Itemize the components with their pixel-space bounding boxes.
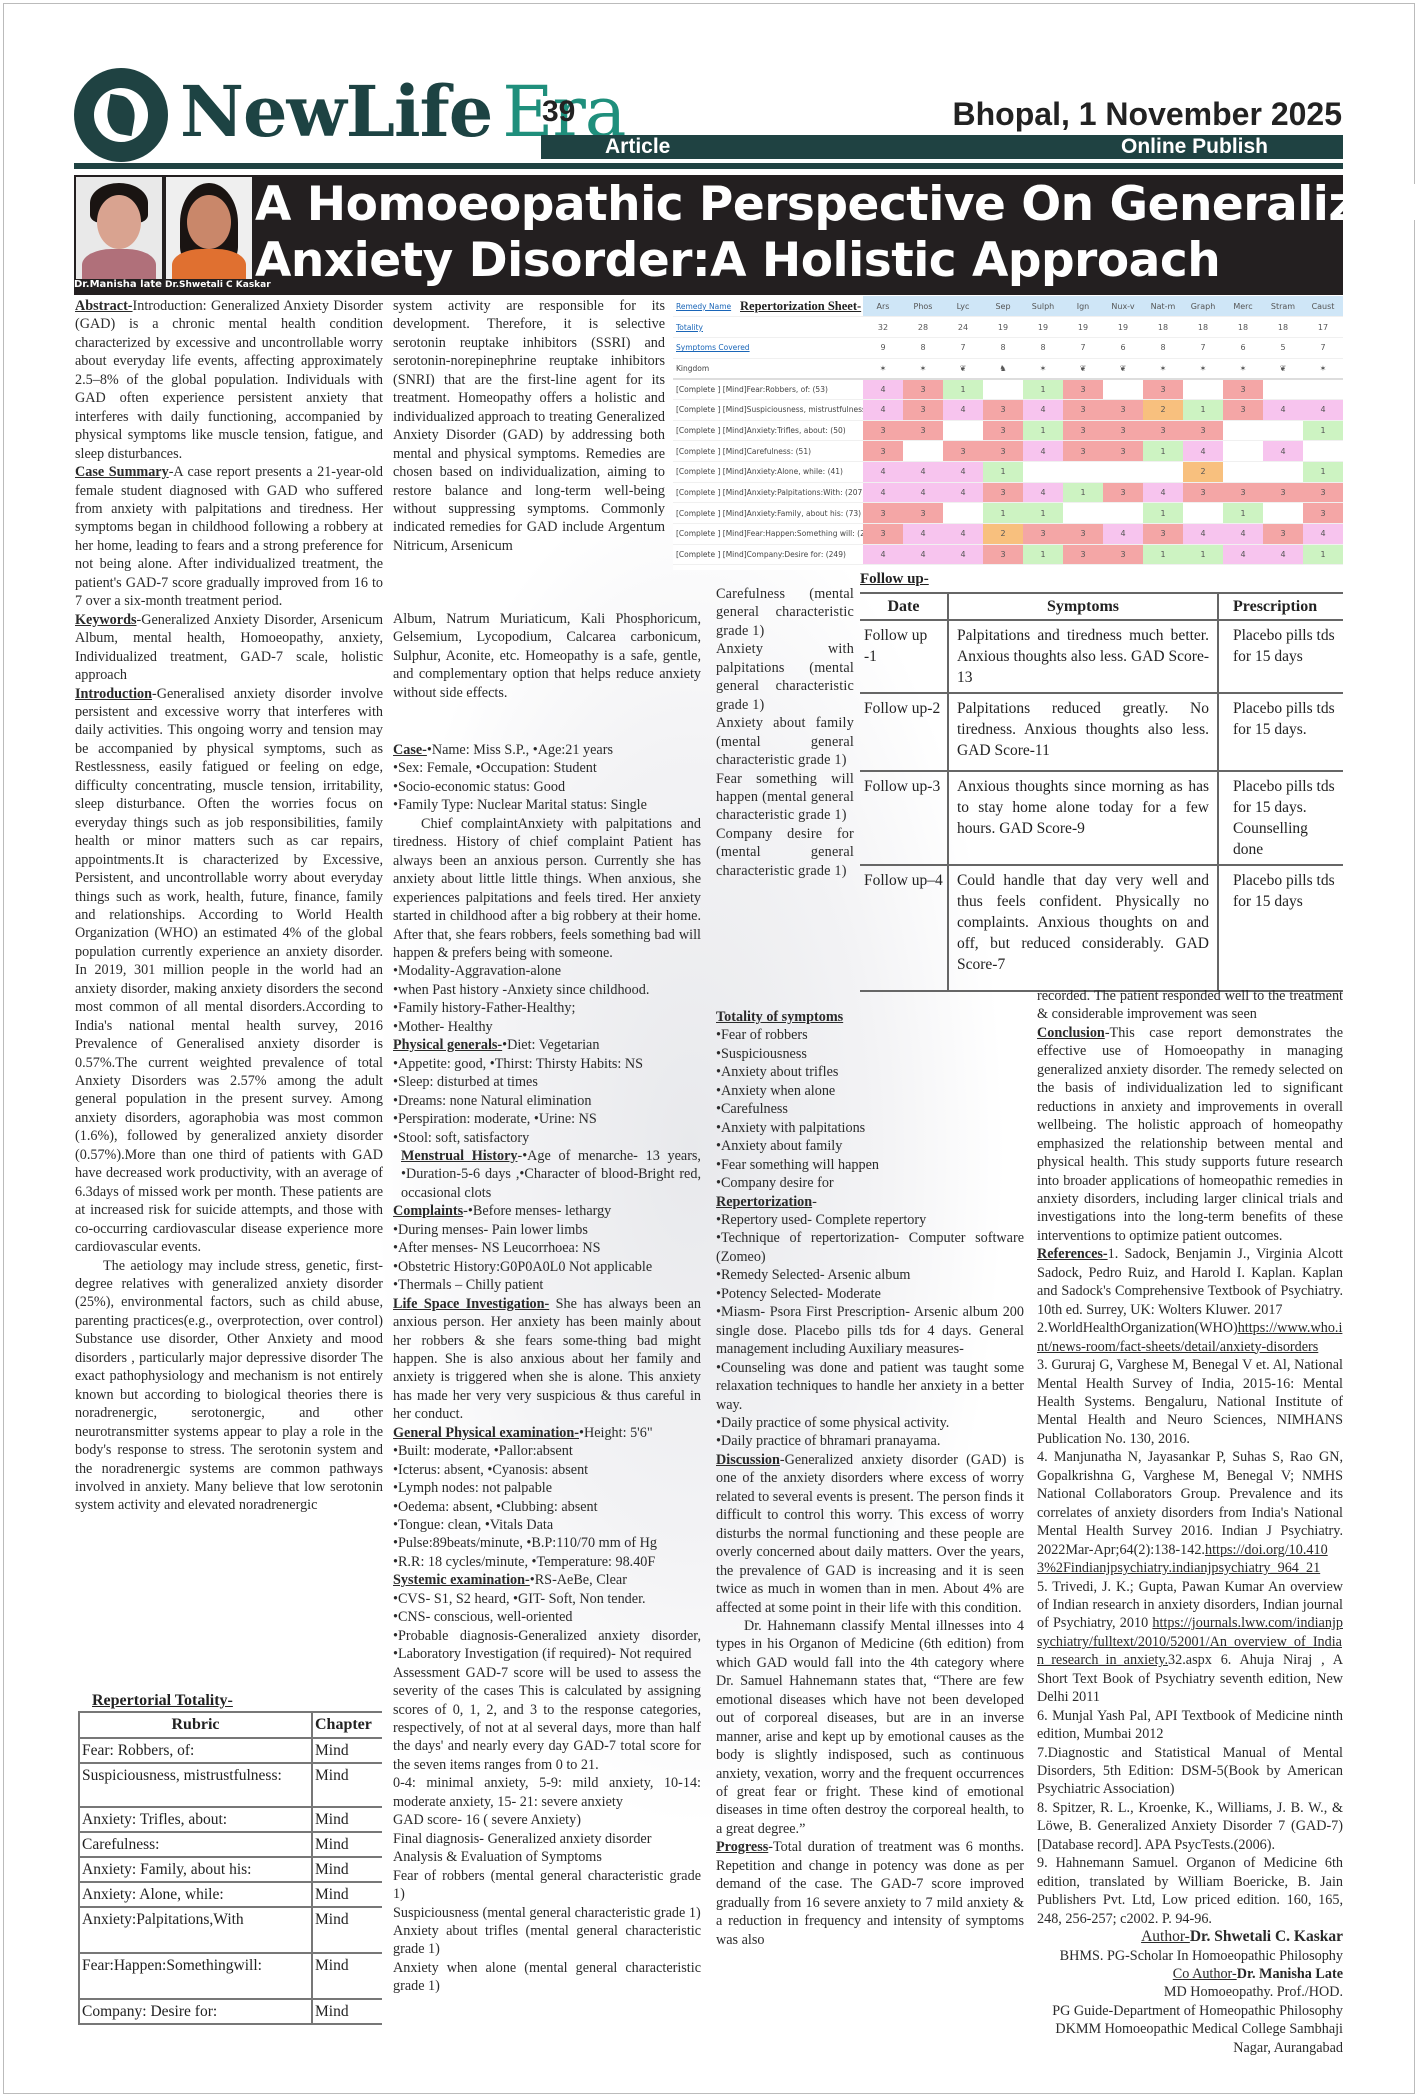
grade-cell: 4 (1263, 399, 1303, 420)
grade-cell: 4 (903, 482, 943, 503)
coauthor-desc: MD Homoeopathy. Prof./HOD. (1037, 1983, 1343, 2001)
systemic-line: •CNS- conscious, well-oriented (393, 1608, 701, 1626)
repertorization-item: •Technique of repertorization- Computer … (716, 1229, 1024, 1266)
chapter-cell: Mind (312, 1953, 382, 1999)
covered-value: 8 (983, 337, 1023, 358)
grade-cell: 3 (863, 420, 903, 441)
table-row: Carefulness:Mind (79, 1832, 382, 1857)
author-desc: BHMS. PG-Scholar In Homoeopathic Philoso… (1037, 1947, 1343, 1965)
physical-line: •Diet: Vegetarian (502, 1037, 599, 1053)
totality-value: 28 (903, 317, 943, 338)
symptoms-cell: Anxious thoughts since morning as has to… (948, 771, 1218, 865)
remedy-header: Nux-v (1103, 296, 1143, 317)
title-line-2: Anxiety Disorder:A Holistic Approach (255, 233, 1418, 289)
physical-line: •Appetite: good, •Thirst: Thirsty Habits… (393, 1055, 701, 1073)
rubric-row: [Complete ] [Mind]Anxiety:Family, about … (673, 503, 1343, 524)
totality-item: •Anxiety about family (716, 1137, 1024, 1155)
grade-cell: 3 (1143, 379, 1183, 400)
gad-score: GAD score- 16 ( severe Anxiety) (393, 1811, 701, 1829)
assessment-text: Assessment GAD-7 score will be used to a… (393, 1664, 701, 1775)
chapter-cell: Mind (312, 1738, 382, 1763)
grade-cell (903, 441, 943, 462)
covered-value: 7 (1183, 337, 1223, 358)
covered-value: 8 (1023, 337, 1063, 358)
complaints-line: •Obstetric History:G0P0A0L0 Not applicab… (393, 1258, 701, 1276)
table-row: Follow up-2 Palpitations reduced greatly… (860, 693, 1343, 771)
table-row: Follow up–4 Could handle that day very w… (860, 865, 1343, 991)
symptoms-cell: Palpitations reduced greatly. No tiredne… (948, 693, 1218, 771)
remedy-header: Sulph (1023, 296, 1063, 317)
remedy-name-link[interactable]: Remedy Name (676, 302, 731, 311)
grade-cell: 3 (863, 441, 903, 462)
grade-cell (1183, 503, 1223, 524)
follow-up-title: Follow up- (860, 571, 929, 588)
grade-cell: 2 (983, 524, 1023, 545)
grade-cell: 3 (1303, 503, 1343, 524)
probable-diagnosis: •Probable diagnosis-Generalized anxiety … (393, 1627, 701, 1664)
grade-cell: 1 (1023, 503, 1063, 524)
date-cell: Follow up-2 (860, 693, 948, 771)
grade-cell: 3 (1063, 399, 1103, 420)
date-header: Date (860, 593, 948, 620)
totality-item: •Anxiety about trifles (716, 1063, 1024, 1081)
rubric-header: Rubric (79, 1712, 312, 1738)
totality-item: •Fear something will happen (716, 1156, 1024, 1174)
rubric-cell: Anxiety: Alone, while: (79, 1882, 312, 1907)
grade-cell: 4 (943, 399, 983, 420)
prescription-header: Prescription (1218, 593, 1343, 620)
rubric-row: [Complete ] [Mind]Anxiety:Palpitations:W… (673, 482, 1343, 503)
reference-6: 6. Munjal Yash Pal, API Textbook of Medi… (1037, 1707, 1343, 1744)
grade-cell (1183, 379, 1223, 400)
repertorization-item: •Miasm- Psora First Prescription- Arseni… (716, 1303, 1024, 1358)
final-diagnosis: Final diagnosis- Generalized anxiety dis… (393, 1830, 701, 1848)
rubric-label: [Complete ] [Mind]Anxiety:Trifles, about… (673, 420, 863, 441)
gpe-line: •Icterus: absent, •Cyanosis: absent (393, 1461, 701, 1479)
grade-cell (1103, 462, 1143, 483)
case-line: •Name: Miss S.P., •Age:21 years (427, 742, 613, 758)
article-title: A Homoeopathic Perspective On Generalize… (255, 177, 1418, 289)
column-2: Case-•Name: Miss S.P., •Age:21 years •Se… (393, 741, 701, 1996)
prescription-cell: Placebo pills tds for 15 days. Counselli… (1218, 771, 1343, 865)
totality-item: •Anxiety with palpitations (716, 1119, 1024, 1137)
repertorization-item: •Daily practice of bhramari pranayama. (716, 1432, 1024, 1450)
rubric-row: [Complete ] [Mind]Anxiety:Alone, while: … (673, 462, 1343, 483)
reference-8: 8. Spitzer, R. L., Kroenke, K., Williams… (1037, 1799, 1343, 1854)
grade-cell: 1 (1183, 544, 1223, 565)
grade-cell: 4 (863, 482, 903, 503)
repertorization-item: •Repertory used- Complete repertory (716, 1211, 1024, 1229)
table-row: Follow up-3 Anxious thoughts since morni… (860, 771, 1343, 865)
covered-value: 7 (1303, 337, 1343, 358)
grade-cell: 4 (943, 482, 983, 503)
reference-2: 2.WorldHealthOrganization(WHO) (1037, 1320, 1238, 1336)
gpe-line: •R.R: 18 cycles/minute, •Temperature: 98… (393, 1553, 701, 1571)
repertorial-totality-table: RubricChapter Fear: Robbers, of:Mind Sus… (78, 1711, 382, 2025)
grade-cell (943, 503, 983, 524)
rubric-cell: Company: Desire for: (79, 1999, 312, 2024)
rubric-row: [Complete ] [Mind]Suspiciousness, mistru… (673, 399, 1343, 420)
rubric-cell: Fear:Happen:Somethingwill: (79, 1953, 312, 1999)
rubric-cell: Anxiety:Palpitations,With (79, 1907, 312, 1953)
history-line: •Mother- Healthy (393, 1018, 701, 1036)
grade-cell (943, 420, 983, 441)
remedy-header: Ars (863, 296, 903, 317)
totality-value: 18 (1183, 317, 1223, 338)
repertorization-item: •Remedy Selected- Arsenic album (716, 1266, 1024, 1284)
grade-cell: 3 (983, 399, 1023, 420)
author-photo-manisha (76, 177, 162, 279)
grade-cell: 1 (1063, 482, 1103, 503)
remedy-header: Stram (1263, 296, 1303, 317)
coauthor-desc: Nagar, Aurangabad (1037, 2039, 1343, 2057)
physical-line: •Perspiration: moderate, •Urine: NS (393, 1110, 701, 1128)
grade-cell: 1 (1303, 420, 1343, 441)
hahnemann-text: Dr. Hahnemann classify Mental illnesses … (716, 1617, 1024, 1838)
prescription-cell: Placebo pills tds for 15 days (1218, 865, 1343, 991)
remedy-header: Phos (903, 296, 943, 317)
systemic-heading: Systemic examination- (393, 1572, 530, 1588)
totality-link[interactable]: Totality (676, 323, 703, 332)
coauthor-name: Dr. Manisha Late (1237, 1966, 1343, 1982)
grade-cell (1263, 420, 1303, 441)
chapter-cell: Mind (312, 1999, 382, 2024)
grade-cell: 3 (903, 503, 943, 524)
gad-ranges: 0-4: minimal anxiety, 5-9: mild anxiety,… (393, 1774, 701, 1811)
totality-value: 19 (1103, 317, 1143, 338)
grade-cell: 3 (1063, 379, 1103, 400)
grade-cell: 1 (1023, 420, 1063, 441)
covered-value: 8 (1143, 337, 1183, 358)
physical-line: •Stool: soft, satisfactory (393, 1129, 701, 1147)
rubric-cell: Fear: Robbers, of: (79, 1738, 312, 1763)
grade-cell (1223, 462, 1263, 483)
rubric-label: [Complete ] [Mind]Fear:Robbers, of: (53) (673, 379, 863, 400)
history-line: •Family history-Father-Healthy; (393, 999, 701, 1017)
symptoms-covered-row: Symptoms Covered 9 8 7 8 8 7 6 8 7 6 5 7 (673, 337, 1343, 358)
coauthor-desc: DKMM Homoeopathic Medical College Sambha… (1037, 2020, 1343, 2038)
grade-cell: 4 (1183, 524, 1223, 545)
author-label: Author- (1141, 1928, 1190, 1945)
grade-cell: 3 (1143, 420, 1183, 441)
covered-value: 9 (863, 337, 903, 358)
analysis-line: Company desire for (mental general chara… (716, 825, 854, 880)
grade-cell: 3 (983, 441, 1023, 462)
prescription-cell: Placebo pills tds for 15 days (1218, 620, 1343, 693)
covered-value: 5 (1263, 337, 1303, 358)
rubric-row: [Complete ] [Mind]Company:Desire for: (2… (673, 544, 1343, 565)
repertorization-item: •Daily practice of some physical activit… (716, 1414, 1024, 1432)
table-row: Suspiciousness, mistrustfulness:Mind (79, 1763, 382, 1807)
column-1: Abstract-Introduction: Generalized Anxie… (75, 297, 383, 1515)
author-name: Dr. Shwetali C. Kaskar (1190, 1928, 1343, 1945)
rubric-cell: Anxiety: Trifles, about: (79, 1807, 312, 1832)
case-summary-text: -A case report presents a 21-year-old fe… (75, 464, 383, 609)
gpe-line: •Pulse:89beats/minute, •B.P:110/70 mm of… (393, 1534, 701, 1552)
totality-value: 19 (1023, 317, 1063, 338)
grade-cell: 1 (1303, 462, 1343, 483)
gpe-line: •Lymph nodes: not palpable (393, 1479, 701, 1497)
grade-cell: 3 (1063, 544, 1103, 565)
case-heading: Case- (393, 742, 427, 758)
history-line: •when Past history -Anxiety since childh… (393, 981, 701, 999)
analysis-heading: Analysis & Evaluation of Symptoms (393, 1848, 701, 1866)
grade-cell: 1 (943, 379, 983, 400)
section-label: Article (605, 135, 670, 159)
remedy-header: Ign (1063, 296, 1103, 317)
grade-cell: 4 (943, 462, 983, 483)
grade-cell: 4 (863, 462, 903, 483)
grade-cell (1103, 503, 1143, 524)
covered-value: 6 (1103, 337, 1143, 358)
physical-line: •Sleep: disturbed at times (393, 1073, 701, 1091)
rubric-label: [Complete ] [Mind]Company:Desire for: (2… (673, 544, 863, 565)
table-row: Anxiety:Palpitations,WithMind (79, 1907, 382, 1953)
chapter-cell: Mind (312, 1763, 382, 1807)
grade-cell: 4 (1143, 482, 1183, 503)
remedy-header: Caust (1303, 296, 1343, 317)
treatment-text: system activity are responsible for its … (393, 297, 665, 555)
systemic-line: •CVS- S1, S2 heard, •GIT- Soft, Non tend… (393, 1590, 701, 1608)
complaints-line: •During menses- Pain lower limbs (393, 1221, 701, 1239)
grade-cell: 3 (943, 441, 983, 462)
conclusion-heading: Conclusion (1037, 1025, 1105, 1041)
grade-cell: 4 (903, 462, 943, 483)
grade-cell: 4 (863, 544, 903, 565)
grade-cell: 4 (1223, 544, 1263, 565)
abstract-heading: Abstract- (75, 298, 133, 314)
analysis-line: Fear of robbers (mental general characte… (393, 1867, 701, 1904)
repertorization-item: •Counseling was done and patient was tau… (716, 1359, 1024, 1414)
analysis-line: Suspiciousness (mental general character… (393, 1904, 701, 1922)
prescription-cell: Placebo pills tds for 15 days. (1218, 693, 1343, 771)
grade-cell: 3 (1063, 420, 1103, 441)
animal-kingdom-icon: ♞ (983, 358, 1023, 379)
case-line: •Sex: Female, •Occupation: Student (393, 759, 701, 777)
repertorial-totality-title: Repertorial Totality- (92, 1692, 233, 1710)
life-space-text: She has always been an anxious person. H… (393, 1296, 701, 1423)
date-cell: Follow up -1 (860, 620, 948, 693)
table-row: Anxiety: Trifles, about:Mind (79, 1807, 382, 1832)
totality-row: Totality 32 28 24 19 19 19 19 18 18 18 1… (673, 317, 1343, 338)
grade-cell: 4 (1023, 482, 1063, 503)
date-cell: Follow up–4 (860, 865, 948, 991)
chapter-cell: Mind (312, 1907, 382, 1953)
remedy-header: Graph (1183, 296, 1223, 317)
rubric-label: [Complete ] [Mind]Anxiety:Family, about … (673, 503, 863, 524)
section-band: Article Online Publish (541, 135, 1343, 159)
mineral-kingdom-icon: ✶ (1223, 358, 1263, 379)
totality-value: 17 (1303, 317, 1343, 338)
grade-cell: 4 (903, 544, 943, 565)
covered-value: 8 (903, 337, 943, 358)
grade-cell: 4 (943, 544, 983, 565)
complaints-line: •After menses- NS Leucorrhoea: NS (393, 1239, 701, 1257)
plant-kingdom-icon: ❦ (943, 358, 983, 379)
grade-cell (1303, 379, 1343, 400)
plant-kingdom-icon: ❦ (1103, 358, 1143, 379)
coauthor-desc: PG Guide-Department of Homeopathic Philo… (1037, 2002, 1343, 2020)
plant-kingdom-icon: ❦ (1263, 358, 1303, 379)
grade-cell: 4 (1263, 544, 1303, 565)
grade-cell: 3 (1103, 482, 1143, 503)
reference-7: 7.Diagnostic and Statistical Manual of M… (1037, 1744, 1343, 1799)
grade-cell (1263, 462, 1303, 483)
grade-cell: 3 (1223, 482, 1263, 503)
column-2-remedies: Album, Natrum Muriaticum, Kali Phosphori… (393, 610, 701, 702)
date-cell: Follow up-3 (860, 771, 948, 865)
analysis-line: Carefulness (mental general characterist… (716, 585, 854, 640)
covered-value: 7 (1063, 337, 1103, 358)
grade-cell (1063, 503, 1103, 524)
grade-cell: 4 (943, 524, 983, 545)
rubric-label: [Complete ] [Mind]Suspiciousness, mistru… (673, 399, 863, 420)
covered-value: 7 (943, 337, 983, 358)
symptoms-header: Symptoms (948, 593, 1218, 620)
grade-cell: 3 (1263, 482, 1303, 503)
case-summary-heading: Case Summary (75, 464, 169, 480)
rubric-row: [Complete ] [Mind]Carefulness: (51)33343… (673, 441, 1343, 462)
analysis-line: Anxiety with palpitations (mental genera… (716, 640, 854, 714)
table-row: Anxiety: Alone, while:Mind (79, 1882, 382, 1907)
references-heading: References- (1037, 1246, 1108, 1262)
mineral-kingdom-icon: ✶ (1183, 358, 1223, 379)
grade-cell: 3 (1143, 524, 1183, 545)
keywords-heading: Keywords (75, 612, 136, 628)
grade-cell: 3 (1023, 524, 1063, 545)
grade-cell: 1 (1303, 544, 1343, 565)
grade-cell: 3 (983, 482, 1023, 503)
coauthor-label: Co Author- (1173, 1966, 1237, 1982)
table-row: Fear:Happen:Somethingwill:Mind (79, 1953, 382, 1999)
totality-heading: Totality of symptoms (716, 1008, 1024, 1026)
title-line-1: A Homoeopathic Perspective On Generalize… (255, 177, 1418, 233)
totality-item: •Company desire for (716, 1174, 1024, 1192)
grade-cell (1303, 441, 1343, 462)
mineral-kingdom-icon: ✶ (1143, 358, 1183, 379)
grade-cell: 3 (1103, 399, 1143, 420)
mineral-kingdom-icon: ✶ (1303, 358, 1343, 379)
photo-caption-1: Dr.Manisha late (74, 279, 162, 290)
rubric-label: [Complete ] [Mind]Carefulness: (51) (673, 441, 863, 462)
totality-value: 24 (943, 317, 983, 338)
rubric-row: [Complete ] [Mind]Anxiety:Trifles, about… (673, 420, 1343, 441)
grade-cell: 3 (903, 420, 943, 441)
grade-cell: 3 (1063, 524, 1103, 545)
page-number: 39 (542, 95, 575, 129)
gpe-line: •Tongue: clean, •Vitals Data (393, 1516, 701, 1534)
table-row: Follow up -1 Palpitations and tiredness … (860, 620, 1343, 693)
complaints-line: -•Before menses- lethargy (463, 1203, 611, 1219)
grade-cell: 3 (903, 379, 943, 400)
progress-heading: Progress (716, 1839, 768, 1855)
rubric-label: [Complete ] [Mind]Anxiety:Palpitations:W… (673, 482, 863, 503)
repertorization-sheet: Repertorization Sheet- Remedy Name Ars P… (673, 296, 1343, 570)
column-2-top: system activity are responsible for its … (393, 297, 665, 555)
gpe-line: •Built: moderate, •Pallor:absent (393, 1442, 701, 1460)
grade-cell: 3 (1223, 399, 1263, 420)
totality-value: 18 (1263, 317, 1303, 338)
grade-cell: 4 (863, 379, 903, 400)
dateline: Bhopal, 1 November 2025 (953, 96, 1342, 133)
gpe-line: •Oedema: absent, •Clubbing: absent (393, 1498, 701, 1516)
grade-cell: 4 (1223, 524, 1263, 545)
grade-cell: 3 (863, 524, 903, 545)
reference-9: 9. Hahnemann Samuel. Organon of Medicine… (1037, 1854, 1343, 1928)
grade-cell: 1 (1023, 379, 1063, 400)
complaints-line: •Thermals – Chilly patient (393, 1276, 701, 1294)
grade-cell: 4 (1183, 441, 1223, 462)
gpe-heading: General Physical examination- (393, 1425, 579, 1441)
history-line: •Modality-Aggravation-alone (393, 962, 701, 980)
plant-kingdom-icon: ❦ (1063, 358, 1103, 379)
physical-line: •Dreams: none Natural elimination (393, 1092, 701, 1110)
chapter-cell: Mind (312, 1882, 382, 1907)
grade-cell (1023, 462, 1063, 483)
grade-cell (1063, 462, 1103, 483)
grade-cell: 1 (1143, 544, 1183, 565)
newspaper-page: NewLifeEra 39 Bhopal, 1 November 2025 Ar… (0, 0, 1418, 2097)
grade-cell: 4 (1023, 399, 1063, 420)
physical-generals-heading: Physical generals- (393, 1037, 502, 1053)
menstrual-heading: Menstrual History (401, 1148, 517, 1164)
grade-cell (983, 379, 1023, 400)
column-3: Totality of symptoms •Fear of robbers •S… (716, 1008, 1024, 1949)
rubric-cell: Carefulness: (79, 1832, 312, 1857)
newlife-logo-icon (74, 68, 168, 162)
introduction-text: -Generalised anxiety disorder involve pe… (75, 686, 383, 1256)
follow-up-table: Date Symptoms Prescription Follow up -1 … (860, 592, 1343, 992)
column-3-top: Carefulness (mental general characterist… (716, 585, 854, 880)
grade-cell: 4 (1263, 441, 1303, 462)
rubric-cell: Anxiety: Family, about his: (79, 1857, 312, 1882)
grade-cell: 4 (863, 399, 903, 420)
mineral-kingdom-icon: ✶ (903, 358, 943, 379)
grade-cell: 1 (1143, 503, 1183, 524)
covered-value: 6 (1223, 337, 1263, 358)
totality-item: •Carefulness (716, 1100, 1024, 1118)
grade-cell: 3 (1103, 420, 1143, 441)
grade-cell: 3 (983, 544, 1023, 565)
recorded-text: recorded. The patient responded well to … (1037, 987, 1343, 1024)
totality-value: 18 (1143, 317, 1183, 338)
totality-value: 19 (983, 317, 1023, 338)
case-line: •Socio-economic status: Good (393, 778, 701, 796)
life-space-heading: Life Space Investigation- (393, 1296, 549, 1312)
grade-cell: 3 (1183, 420, 1223, 441)
reference-3: 3. Gururaj G, Varghese M, Benegal V et. … (1037, 1356, 1343, 1448)
grade-cell: 3 (863, 503, 903, 524)
symptoms-cell: Palpitations and tiredness much better. … (948, 620, 1218, 693)
mineral-kingdom-icon: ✶ (1023, 358, 1063, 379)
repertorization-item: •Potency Selected- Moderate (716, 1285, 1024, 1303)
introduction-heading: Introduction (75, 686, 152, 702)
author-photo-shwetali (166, 177, 252, 279)
remedies-text: Album, Natrum Muriaticum, Kali Phosphori… (393, 610, 701, 702)
grade-cell: 3 (983, 420, 1023, 441)
grade-cell: 3 (1103, 441, 1143, 462)
totality-value: 18 (1223, 317, 1263, 338)
rubric-label: [Complete ] [Mind]Anxiety:Alone, while: … (673, 462, 863, 483)
table-row: Anxiety: Family, about his:Mind (79, 1857, 382, 1882)
grade-cell: 2 (1143, 399, 1183, 420)
symptoms-covered-link[interactable]: Symptoms Covered (676, 343, 750, 352)
grade-cell: 1 (1223, 503, 1263, 524)
grade-cell: 3 (1263, 524, 1303, 545)
grade-cell: 3 (1183, 482, 1223, 503)
header-rule (74, 163, 1343, 169)
grade-cell: 2 (1183, 462, 1223, 483)
